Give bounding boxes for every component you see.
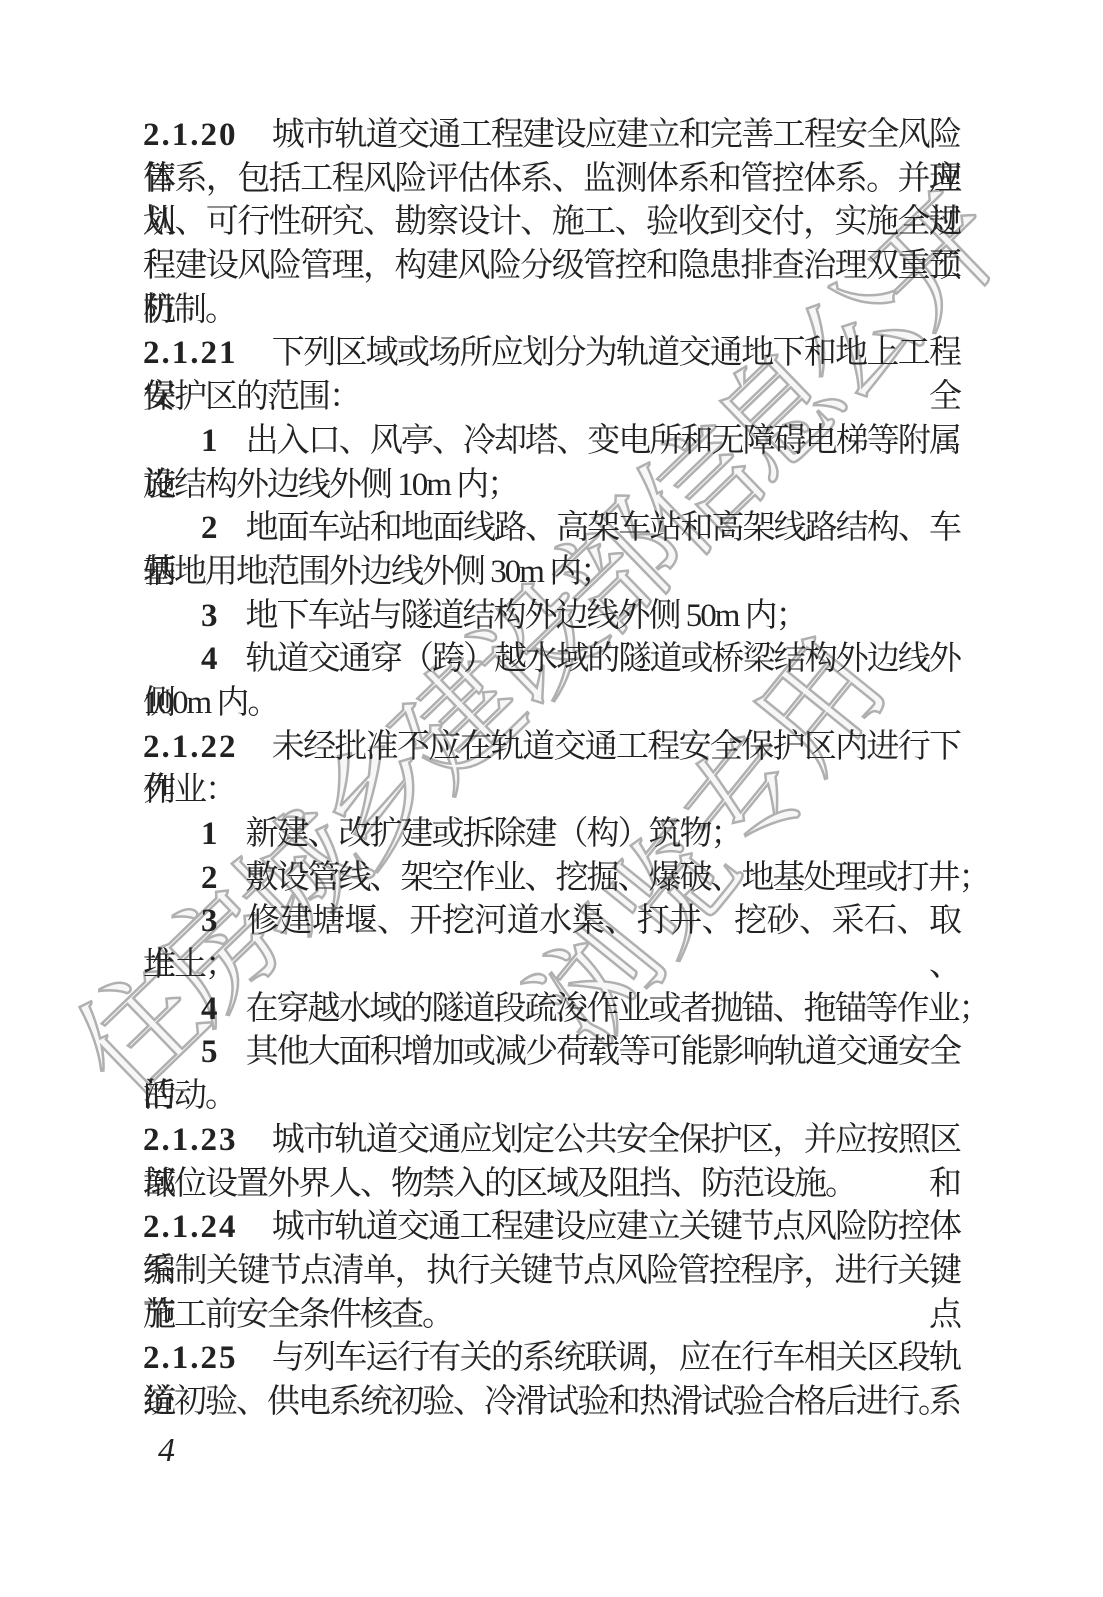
item-number: 4 xyxy=(201,641,218,677)
clause-number: 2.1.24 xyxy=(143,1209,238,1245)
item-number: 2 xyxy=(201,860,218,896)
text-line: 作业： xyxy=(143,769,960,813)
line-text: 统初验、供电系统初验、冷滑试验和热滑试验合格后进行。 xyxy=(143,1384,949,1420)
line-text: 新建、改扩建或拆除建（构）筑物； xyxy=(246,816,742,852)
text-line: 2.1.24城市轨道交通工程建设应建立关键节点风险防控体系， xyxy=(143,1206,960,1250)
text-line: 2.1.21下列区域或场所应划分为轨道交通地下和地上工程安全 xyxy=(143,332,960,376)
text-line: 2地面车站和地面线路、高架车站和高架线路结构、车辆 xyxy=(143,507,960,551)
clause-number: 2.1.21 xyxy=(143,335,238,371)
text-line: 1新建、改扩建或拆除建（构）筑物； xyxy=(143,813,960,857)
line-text: 施工前安全条件核查。 xyxy=(143,1297,453,1333)
item-number: 2 xyxy=(201,510,218,546)
line-text: 施结构外边线外侧 10m 内； xyxy=(143,467,518,503)
item-number: 4 xyxy=(201,991,218,1027)
document-page: 住房城乡建设部信息公开 浏览专用 2.1.20城市轨道交通工程建设应建立和完善工… xyxy=(0,0,1103,1597)
clause-number: 2.1.25 xyxy=(143,1340,238,1376)
text-line: 3修建塘堰、开挖河道水渠、打井、挖砂、采石、取土、 xyxy=(143,900,960,944)
text-line: 程建设风险管理，构建风险分级管控和隐患排查治理双重预防 xyxy=(143,245,960,289)
text-line: 统初验、供电系统初验、冷滑试验和热滑试验合格后进行。 xyxy=(143,1381,960,1425)
text-line: 2敷设管线、架空作业、挖掘、爆破、地基处理或打井； xyxy=(143,857,960,901)
text-line: 2.1.22未经批准不应在轨道交通工程安全保护区内进行下列 xyxy=(143,726,960,770)
line-text: 100m 内。 xyxy=(143,685,278,721)
line-text: 机制。 xyxy=(143,292,236,328)
line-text: 在穿越水域的隧道段疏浚作业或者抛锚、拖锚等作业； xyxy=(246,991,990,1027)
text-line: 编制关键节点清单，执行关键节点风险管控程序，进行关键节点 xyxy=(143,1250,960,1294)
text-line: 5其他大面积增加或减少荷载等可能影响轨道交通安全的 xyxy=(143,1031,960,1075)
item-number: 3 xyxy=(201,598,218,634)
text-line: 2.1.20城市轨道交通工程建设应建立和完善工程安全风险管理 xyxy=(143,114,960,158)
text-line: 2.1.23城市轨道交通应划定公共安全保护区，并应按照区域和 xyxy=(143,1119,960,1163)
clause-number: 2.1.22 xyxy=(143,729,238,765)
text-line: 划、可行性研究、勘察设计、施工、验收到交付，实施全过程工 xyxy=(143,201,960,245)
clause-text-block: 2.1.20城市轨道交通工程建设应建立和完善工程安全风险管理 体系，包括工程风险… xyxy=(143,114,960,1425)
line-text: 作业： xyxy=(143,772,236,808)
text-line: 2.1.25与列车运行有关的系统联调，应在行车相关区段轨道系 xyxy=(143,1337,960,1381)
line-text: 活动。 xyxy=(143,1078,236,1114)
line-text: 地下车站与隧道结构外边线外侧 50m 内； xyxy=(246,598,807,634)
text-line: 活动。 xyxy=(143,1075,960,1119)
line-text: 保护区的范围： xyxy=(143,379,360,415)
clause-number: 2.1.20 xyxy=(143,117,238,153)
line-text: 基地用地范围外边线外侧 30m 内； xyxy=(143,554,611,590)
item-number: 1 xyxy=(201,423,218,459)
item-number: 1 xyxy=(201,816,218,852)
text-line: 机制。 xyxy=(143,289,960,333)
line-text: 敷设管线、架空作业、挖掘、爆破、地基处理或打井； xyxy=(246,860,990,896)
text-line: 1出入口、风亭、冷却塔、变电所和无障碍电梯等附属设 xyxy=(143,420,960,464)
text-line: 部位设置外界人、物禁入的区域及阻挡、防范设施。 xyxy=(143,1163,960,1207)
line-text: 部位设置外界人、物禁入的区域及阻挡、防范设施。 xyxy=(143,1166,856,1202)
page-number: 4 xyxy=(158,1432,175,1470)
text-line: 3地下车站与隧道结构外边线外侧 50m 内； xyxy=(143,595,960,639)
text-line: 4在穿越水域的隧道段疏浚作业或者抛锚、拖锚等作业； xyxy=(143,988,960,1032)
line-text: 修建塘堰、开挖河道水渠、打井、挖砂、采石、取土、 xyxy=(143,903,960,983)
text-line: 4轨道交通穿（跨）越水域的隧道或桥梁结构外边线外侧 xyxy=(143,638,960,682)
text-line: 体系，包括工程风险评估体系、监测体系和管控体系。并应从规 xyxy=(143,158,960,202)
line-text: 堆土； xyxy=(143,947,236,983)
text-line: 100m 内。 xyxy=(143,682,960,726)
clause-number: 2.1.23 xyxy=(143,1122,238,1158)
item-number: 5 xyxy=(201,1034,218,1070)
item-number: 3 xyxy=(201,903,218,939)
text-line: 施结构外边线外侧 10m 内； xyxy=(143,464,960,508)
text-line: 基地用地范围外边线外侧 30m 内； xyxy=(143,551,960,595)
